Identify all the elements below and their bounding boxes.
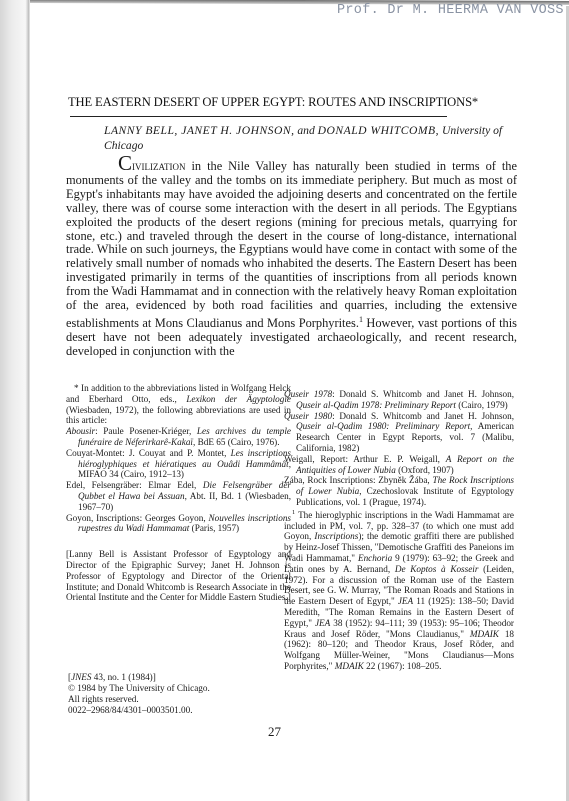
- abbr-details: (Oxford, 1907): [396, 465, 454, 475]
- rights-line: All rights reserved.: [68, 694, 210, 705]
- copyright-line: © 1984 by The University of Chicago.: [68, 683, 210, 694]
- abbr-author: Donald S. Whitcomb and Janet H. Johnson,: [339, 411, 514, 421]
- abbreviation-entry: Couyat-Montet: J. Couyat and P. Montet, …: [66, 448, 291, 480]
- fn-italic: Enchoria: [358, 553, 392, 563]
- abbr-key: Quseir 1980: [284, 411, 332, 421]
- author-names-1: LANNY BELL, JANET H. JOHNSON,: [104, 124, 294, 137]
- abbr-title: Quseir al-Qadim 1978: Preliminary Report: [296, 400, 456, 410]
- title-rule: [70, 116, 447, 117]
- abbr-sep: :: [122, 448, 129, 458]
- journal-abbr: JNES: [71, 672, 91, 682]
- footnotes-left-column: * In addition to the abbreviations liste…: [66, 383, 291, 603]
- body-paragraph: Civilization in the Nile Valley has natu…: [66, 157, 517, 359]
- article-body: Civilization in the Nile Valley has natu…: [66, 157, 517, 359]
- publication-code: 0022–2968/84/4301–0003501.00.: [68, 705, 210, 716]
- fn-text: 22 (1967): 108–205.: [364, 661, 442, 671]
- abbreviation-entry: Edel, Felsengräber: Elmar Edel, Die Fels…: [66, 480, 291, 512]
- abbr-author: Elmar Edel,: [148, 480, 203, 490]
- abbreviation-list-left: Abousir: Paule Posener-Kriéger, Les arch…: [66, 426, 291, 534]
- fn-italic: MDAIK: [470, 629, 499, 639]
- abbr-key: Edel, Felsengräber: [66, 480, 139, 490]
- lead-word: ivilization: [132, 159, 185, 173]
- abbr-title: Quseir al-Qadim 1980: Preliminary Report: [296, 421, 470, 431]
- scan-binding-edge: [0, 0, 30, 801]
- article-title: THE EASTERN DESERT OF UPPER EGYPT: ROUTE…: [68, 95, 478, 110]
- abbreviation-entry: Quseir 1978: Donald S. Whitcomb and Jane…: [284, 389, 514, 411]
- body-text-a: in the Nile Valley has naturally been st…: [66, 159, 517, 330]
- abbr-key: Zába, Rock Inscriptions: [284, 475, 373, 485]
- fn-italic: De Koptos à Kosseir: [395, 564, 479, 574]
- abbr-author: Georges Goyon,: [145, 513, 209, 523]
- abbreviation-entry: Abousir: Paule Posener-Kriéger, Les arch…: [66, 426, 291, 448]
- page-number: 27: [268, 724, 281, 740]
- abbreviation-entry: Quseir 1980: Donald S. Whitcomb and Jane…: [284, 411, 514, 454]
- author-bio-note: [Lanny Bell is Assistant Professor of Eg…: [66, 549, 291, 603]
- abbr-details: (Cairo, 1979): [456, 400, 508, 410]
- drop-cap: C: [118, 151, 132, 175]
- citation-details: 43, no. 1 (1984)]: [91, 672, 155, 682]
- abbr-details: (Paris, 1957): [189, 523, 239, 533]
- abbr-author: J. Couyat and P. Montet,: [129, 448, 231, 458]
- star-note-text-end: (Wiesbaden, 1972), the following abbrevi…: [66, 405, 291, 426]
- abbr-key: Quseir 1978: [284, 389, 332, 399]
- fn-italic: JEA: [315, 618, 330, 628]
- author-names-2: DONALD WHITCOMB,: [318, 124, 439, 137]
- abbr-author: Zbyněk Žába,: [378, 475, 432, 485]
- author-line: LANNY BELL, JANET H. JOHNSON, and DONALD…: [104, 123, 536, 153]
- abbr-key: Couyat-Montet: [66, 448, 122, 458]
- abbreviation-entry: Weigall, Report: Arthur E. P. Weigall, A…: [284, 454, 514, 476]
- publication-info: [JNES 43, no. 1 (1984)] © 1984 by The Un…: [68, 672, 210, 716]
- abbreviation-entry: Goyon, Inscriptions: Georges Goyon, Nouv…: [66, 513, 291, 535]
- abbr-key: Weigall, Report: [284, 454, 345, 464]
- author-conjunction: and: [294, 124, 317, 137]
- abbr-key: Abousir: [66, 426, 95, 436]
- fn-italic: JEA: [398, 596, 413, 606]
- star-note-italic: Lexikon der Ägyptologie: [186, 394, 291, 404]
- abbreviation-entry: Zába, Rock Inscriptions: Zbyněk Žába, Th…: [284, 475, 514, 507]
- journal-citation: [JNES 43, no. 1 (1984)]: [68, 672, 210, 683]
- abbr-author: Donald S. Whitcomb and Janet H. Johnson,: [339, 389, 514, 399]
- footnote-1: 1 The hieroglyphic inscriptions in the W…: [284, 508, 514, 672]
- abbr-details: , BdE 65 (Cairo, 1976).: [193, 437, 280, 447]
- abbr-author: Arthur E. P. Weigall,: [353, 454, 445, 464]
- ownership-stamp: Prof. Dr M. HEERMA VAN VOSS: [337, 3, 564, 18]
- fn-italic: Inscriptions: [314, 531, 358, 541]
- star-footnote: * In addition to the abbreviations liste…: [66, 383, 291, 426]
- abbr-key: Goyon, Inscriptions: [66, 513, 140, 523]
- fn-italic: MDAIK: [335, 661, 364, 671]
- abbr-author: Paule Posener-Kriéger,: [103, 426, 197, 436]
- footnotes-right-column: Quseir 1978: Donald S. Whitcomb and Jane…: [284, 389, 514, 672]
- abbr-sep: :: [139, 480, 148, 490]
